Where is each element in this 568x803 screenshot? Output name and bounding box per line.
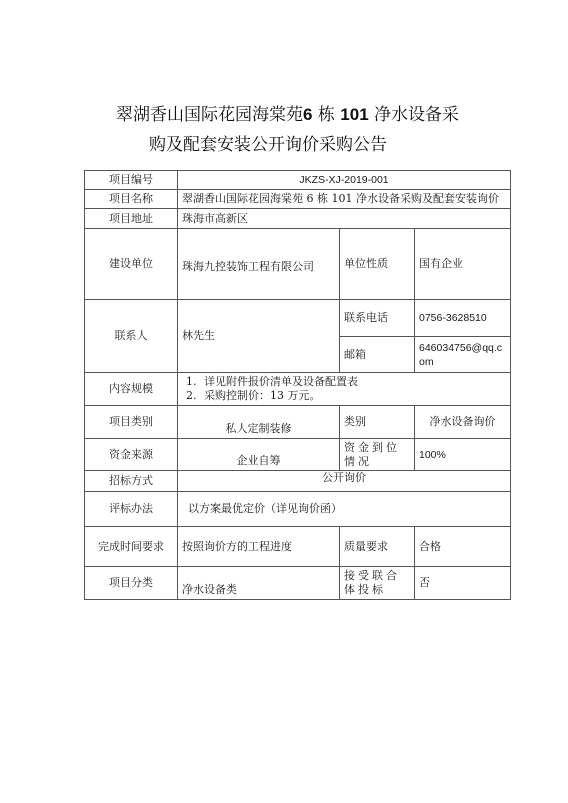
value-project-address: 珠海市高新区 <box>178 209 511 229</box>
label-category: 项目类别 <box>85 406 178 439</box>
scope-item: 详见附件报价清单及设备配置表 <box>200 375 506 389</box>
value-deadline: 按照询价方的工程进度 <box>178 527 340 567</box>
row-builder: 建设单位 珠海九控装饰工程有限公司 单位性质 国有企业 <box>85 229 511 300</box>
row-eval-method: 评标办法 以方案最优定价（详见询价函） <box>85 492 511 527</box>
label-joint-bid: 接受联合体投标 <box>340 567 415 600</box>
row-category: 项目类别 私人定制装修 类别 净水设备询价 <box>85 406 511 439</box>
value-fund-source: 企业自筹 <box>178 439 340 471</box>
label-bid-method: 招标方式 <box>85 471 178 492</box>
value-quality: 合格 <box>415 527 511 567</box>
label-project-address: 项目地址 <box>85 209 178 229</box>
scope-item: 采购控制价：13 万元。 <box>200 389 506 403</box>
procurement-info-table: 项目编号 JKZS-XJ-2019-001 项目名称 翠湖香山国际花园海棠苑 6… <box>84 170 511 600</box>
label-eval-method: 评标办法 <box>85 492 178 527</box>
row-classification: 项目分类 净水设备类 接受联合体投标 否 <box>85 567 511 600</box>
row-project-no: 项目编号 JKZS-XJ-2019-001 <box>85 171 511 190</box>
label-fund-source: 资金来源 <box>85 439 178 471</box>
value-phone: 0756-3628510 <box>415 300 511 337</box>
value-project-name: 翠湖香山国际花园海棠苑 6 栋 101 净水设备采购及配套安装询价 <box>178 190 511 209</box>
label-unit-type: 单位性质 <box>340 229 415 300</box>
value-eval-method: 以方案最优定价（详见询价函） <box>178 492 511 527</box>
row-contact-phone: 联系人 林先生 联系电话 0756-3628510 <box>85 300 511 337</box>
value-unit-type: 国有企业 <box>415 229 511 300</box>
label-scope: 内容规模 <box>85 373 178 406</box>
value-joint-bid: 否 <box>415 567 511 600</box>
label-classification: 项目分类 <box>85 567 178 600</box>
value-project-no: JKZS-XJ-2019-001 <box>178 171 511 190</box>
label-quality: 质量要求 <box>340 527 415 567</box>
value-scope: 详见附件报价清单及设备配置表 采购控制价：13 万元。 <box>178 373 511 406</box>
value-category: 私人定制装修 <box>178 406 340 439</box>
label-project-no: 项目编号 <box>85 171 178 190</box>
row-bid-method: 招标方式 公开询价 <box>85 471 511 492</box>
label-type: 类别 <box>340 406 415 439</box>
row-deadline: 完成时间要求 按照询价方的工程进度 质量要求 合格 <box>85 527 511 567</box>
value-builder: 珠海九控装饰工程有限公司 <box>178 229 340 300</box>
label-builder: 建设单位 <box>85 229 178 300</box>
value-bid-method: 公开询价 <box>178 471 511 492</box>
value-contact: 林先生 <box>178 300 340 373</box>
scope-list: 详见附件报价清单及设备配置表 采购控制价：13 万元。 <box>182 375 506 403</box>
label-phone: 联系电话 <box>340 300 415 337</box>
title-line-1: 翠湖香山国际花园海棠苑6 栋 101 净水设备采 <box>100 100 500 130</box>
title-line-2: 购及配套安装公开询价采购公告 <box>100 130 500 160</box>
label-deadline: 完成时间要求 <box>85 527 178 567</box>
label-contact: 联系人 <box>85 300 178 373</box>
value-fund-status: 100% <box>415 439 511 471</box>
row-scope: 内容规模 详见附件报价清单及设备配置表 采购控制价：13 万元。 <box>85 373 511 406</box>
label-project-name: 项目名称 <box>85 190 178 209</box>
label-email: 邮箱 <box>340 337 415 373</box>
document-title: 翠湖香山国际花园海棠苑6 栋 101 净水设备采 购及配套安装公开询价采购公告 <box>100 100 500 160</box>
row-project-name: 项目名称 翠湖香山国际花园海棠苑 6 栋 101 净水设备采购及配套安装询价 <box>85 190 511 209</box>
row-project-address: 项目地址 珠海市高新区 <box>85 209 511 229</box>
label-fund-status: 资金到位情况 <box>340 439 415 471</box>
value-type: 净水设备询价 <box>415 406 511 439</box>
value-classification: 净水设备类 <box>178 567 340 600</box>
row-fund: 资金来源 企业自筹 资金到位情况 100% <box>85 439 511 471</box>
value-email[interactable]: 646034756@qq.com <box>415 337 511 373</box>
